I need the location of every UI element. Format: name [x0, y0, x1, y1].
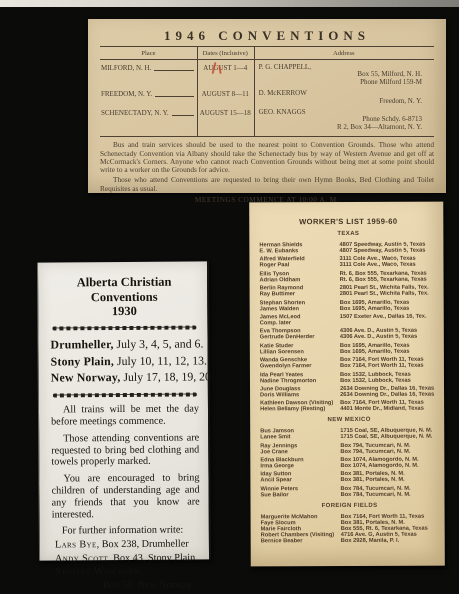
worker-address: Box 2928, Manila, P. I. [341, 537, 439, 543]
leader-line [155, 90, 194, 97]
worker-group: Stephan ShortenBox 1695, Amarillo, Texas… [260, 299, 438, 312]
worker-group: Ellis TysonRt. 6, Box 555, Texarkana, Te… [260, 270, 438, 283]
info-label: For further information write: [52, 525, 200, 537]
worker-section-heading: FOREIGN FIELDS [261, 502, 439, 509]
leader-line [154, 64, 193, 71]
address-cell: D. McKERROW Freedom, N. Y. [254, 90, 434, 105]
worker-row: Sue BailorBox 784, Tucumcari, N. M. [260, 491, 438, 498]
place-label: SCHENECTADY, N. Y. [101, 109, 169, 117]
dates-cell: AUGUST 8—11 [197, 90, 254, 105]
chain-divider [53, 392, 197, 398]
worker-address: Box 1695, Amarillo, Texas [340, 305, 438, 311]
clipping-paragraph: Those attending conventions are requeste… [51, 432, 199, 468]
worker-group: Wanda GenschkeBox 7164, Fort Worth 11, T… [260, 357, 438, 370]
worker-name: Bernice Beaber [261, 538, 341, 544]
worker-group: Alfred Waterfield3111 Cole Ave., Waco, T… [259, 256, 437, 269]
column-divider [197, 47, 198, 136]
contact-rest: , Box 238, Drumheller [97, 539, 189, 551]
worker-row: Ancil SpearBox 381, Portales, N. M. [260, 477, 438, 484]
worker-address: Box 381, Portales, N. M. [341, 477, 439, 483]
column-divider [254, 47, 255, 136]
contact-line: Andy Scott, Box 43, Stony Plain [52, 551, 200, 566]
worker-address: Box 794, Tucumcari, N. M. [340, 448, 438, 454]
chain-divider [52, 325, 196, 331]
worker-name: E. W. Eubanks [259, 248, 339, 254]
worker-address: 4807 Speedway, Austin 5, Texas [340, 248, 438, 254]
column-header: Place [100, 50, 197, 57]
clipping-paragraph: You are encouraged to bring children of … [51, 473, 199, 521]
event-place: Stony Plain, [51, 354, 114, 368]
contact-name: Andy Scott [55, 553, 108, 564]
clipping-paragraph: All trains will be met the day before me… [51, 404, 199, 429]
place-label: FREEDOM, N. Y. [101, 90, 152, 98]
worker-group: Eva Thompson4306 Ave. D., Austin 5, Texa… [260, 328, 438, 341]
worker-row: Comp. later [260, 320, 438, 327]
contact-rest: , [140, 566, 143, 577]
worker-address: 4401 Monte Dr., Midland, Texas [340, 406, 438, 412]
worker-row: Helen Bellamy (Resting)4401 Monte Dr., M… [260, 406, 438, 413]
worker-name: Helen Bellamy (Resting) [260, 406, 340, 412]
conventions-table: Place Dates (Inclusive) Address MILFORD,… [100, 47, 434, 137]
worker-group: Winnie PetersBox 784, Tucumcari, N. M.Su… [260, 485, 438, 498]
clipping-title: Alberta Christian Conventions 1930 [50, 274, 198, 319]
worker-address: Box 1695, Amarillo, Texas [340, 348, 438, 354]
worker-address: 2801 Pearl St., Wichita Falls, Tex. [340, 291, 438, 297]
worker-name: Lillian Sorensen [260, 349, 340, 355]
worker-group: Kathleen Dawson (Visiting)Box 7164, Fort… [260, 400, 438, 413]
worker-name: Ray Buttimer [260, 291, 340, 297]
contact-rest: , Box 43, Stony Plain [108, 552, 195, 564]
event-dates: July 3, 4, 5, and 6. [114, 337, 204, 352]
worker-row: Lanee Smit1715 Coal, SE, Albuquerque, N.… [260, 434, 438, 441]
place-cell: SCHENECTADY, N. Y. [100, 109, 197, 117]
worker-address: 2634 Downing Dr., Dallas 16, Texas [340, 392, 438, 398]
worker-row: Nadine ThrogmortonBox 1532, Lubbock, Tex… [260, 377, 438, 384]
worker-row: E. W. Eubanks4807 Speedway, Austin 5, Te… [259, 248, 437, 255]
card-title: 1946 CONVENTIONS [100, 19, 434, 44]
scan-edge-strip [0, 0, 459, 7]
worker-row: Irma GeorgeBox 1074, Alamogordo, N. M. [260, 463, 438, 470]
clipping-title-line2: 1930 [50, 303, 198, 319]
address-line: Phone Milford 159-M [259, 79, 434, 86]
event-list: Drumheller, July 3, 4, 5, and 6. Stony P… [50, 336, 198, 387]
worker-name: Gertrude DenHerder [260, 334, 340, 340]
worker-section-heading: TEXAS [259, 231, 437, 238]
address-line: Freedom, N. Y. [259, 98, 434, 105]
table-row: MILFORD, N. H. AUGUST 1—4 P. G. CHAPPELL… [100, 64, 434, 86]
column-header: Address [254, 50, 434, 57]
leader-line [172, 109, 194, 116]
worker-name: Gwendolyn Farmer [260, 363, 340, 369]
worker-group: James McLeod1507 Exeter Ave., Dallas 16,… [260, 314, 438, 327]
worker-group: Marguerite McMahonBox 7164, Fort Worth 1… [261, 513, 439, 544]
note-paragraph: Those who attend Conventions are request… [100, 176, 434, 193]
worker-row: Adrian OldhamRt. 6, Box 555, Texarkana, … [260, 276, 438, 283]
worker-address [340, 320, 438, 326]
table-body: MILFORD, N. H. AUGUST 1—4 P. G. CHAPPELL… [100, 60, 434, 136]
dates-cell: AUGUST 15—18 [197, 109, 254, 131]
worker-name: Nadine Throgmorton [260, 378, 340, 384]
worker-name: Roger Paal [259, 262, 339, 268]
worker-row: Joe CraneBox 794, Tucumcari, N. M. [260, 448, 438, 455]
worker-group: Berlin Raymond2801 Pearl St., Wichita Fa… [260, 285, 438, 298]
contact-line: Lars Bye, Box 238, Drumheller [52, 538, 200, 553]
table-row: SCHENECTADY, N. Y. AUGUST 15—18 GEO. KNA… [100, 109, 434, 131]
worker-row: James WaldenBox 1695, Amarillo, Texas [260, 305, 438, 312]
contact-name: Lars Bye [55, 540, 97, 551]
clipping-title-line1: Alberta Christian Conventions [50, 274, 198, 304]
contact-name: Stanley Watchorn [55, 566, 140, 578]
worker-address: 4306 Ave. D., Austin 5, Texas [340, 334, 438, 340]
worker-name: Comp. later [260, 320, 340, 326]
worker-group: June Douglass2634 Downing Dr., Dallas 16… [260, 386, 438, 399]
clipping-body: All trains will be met the day before me… [51, 404, 200, 521]
event-place: Drumheller, [50, 337, 113, 351]
worker-address: Box 784, Tucumcari, N. M. [341, 491, 439, 497]
event-dates: July 17, 18, 19, 20. [120, 369, 214, 384]
contact-line-continued: Box 59, New Norway [52, 578, 200, 593]
conventions-1946-card: 1946 CONVENTIONS Place Dates (Inclusive)… [88, 19, 446, 193]
address-cell: GEO. KNAGGS Phone Schdy. 6-8713 R 2, Box… [254, 109, 434, 131]
worker-name: James Walden [260, 306, 340, 312]
worker-group: Edna BlackburnBox 1074, Alamogordo, N. M… [260, 457, 438, 470]
worker-address: Box 1074, Alamogordo, N. M. [340, 463, 438, 469]
worker-address: Box 7164, Fort Worth 11, Texas [340, 363, 438, 369]
red-pencil-mark [210, 61, 224, 77]
worker-row: Gwendolyn FarmerBox 7164, Fort Worth 11,… [260, 363, 438, 370]
worker-name: Lanee Smit [260, 434, 340, 440]
worker-name: Doris Williams [260, 392, 340, 398]
alberta-conventions-clipping: Alberta Christian Conventions 1930 Drumh… [37, 261, 211, 560]
note-paragraph: Bus and train services should be used to… [100, 141, 434, 174]
worker-row: Ray Buttimer2801 Pearl St., Wichita Fall… [260, 291, 438, 298]
worker-address: 1715 Coal, SE, Albuquerque, N. M. [340, 434, 438, 440]
worker-name: Ancil Spear [260, 477, 340, 483]
place-cell: FREEDOM, N. Y. [100, 90, 197, 98]
worker-group: Katie StuderBox 1695, Amarillo, TexasLil… [260, 342, 438, 355]
event-line: New Norway, July 17, 18, 19, 20. [51, 369, 199, 387]
worker-address: Rt. 6, Box 555, Texarkana, Texas [340, 276, 438, 282]
notes: Bus and train services should be used to… [100, 141, 434, 193]
worker-name: Irma George [260, 463, 340, 469]
place-label: MILFORD, N. H. [101, 64, 151, 72]
workers-list-title: WORKER'S LIST 1959-60 [259, 217, 437, 227]
worker-name: Joe Crane [260, 449, 340, 455]
dates-cell: AUGUST 1—4 [197, 64, 254, 86]
worker-row: Bernice BeaberBox 2928, Manila, P. I. [261, 537, 439, 544]
worker-group: Ray JenningsBox 794, Tucumcari, N. M.Joe… [260, 442, 438, 455]
worker-group: Ida Pearl YeatesBox 1532, Lubbock, Texas… [260, 371, 438, 384]
worker-section-heading: NEW MEXICO [260, 417, 438, 424]
worker-row: Roger Paal3111 Cole Ave., Waco, Texas [259, 262, 437, 269]
table-header-row: Place Dates (Inclusive) Address [100, 47, 434, 60]
scanned-documents-page: 1946 CONVENTIONS Place Dates (Inclusive)… [0, 0, 459, 594]
column-header: Dates (Inclusive) [197, 50, 254, 57]
address-cell: P. G. CHAPPELL, Box 55, Milford, N. H. P… [254, 64, 434, 86]
worker-group: Bus Jamson1715 Coal, SE, Albuquerque, N.… [260, 428, 438, 441]
worker-address: Box 1532, Lubbock, Texas [340, 377, 438, 383]
event-line: Drumheller, July 3, 4, 5, and 6. [50, 336, 198, 354]
worker-row: Lillian SorensenBox 1695, Amarillo, Texa… [260, 348, 438, 355]
table-row: FREEDOM, N. Y. AUGUST 8—11 D. McKERROW F… [100, 90, 434, 105]
workers-list-card: WORKER'S LIST 1959-60 TEXASHerman Shield… [249, 202, 445, 567]
event-place: New Norway, [51, 370, 121, 384]
worker-group: Iday SuttonBox 381, Portales, N. M.Ancil… [260, 471, 438, 484]
worker-row: Gertrude DenHerder4306 Ave. D., Austin 5… [260, 334, 438, 341]
address-line: R 2, Box 34—Altamont, N. Y. [259, 124, 434, 131]
worker-name: Adrian Oldham [260, 277, 340, 283]
workers-sections: TEXASHerman Shields4807 Speedway, Austin… [259, 231, 438, 545]
worker-row: Doris Williams2634 Downing Dr., Dallas 1… [260, 392, 438, 399]
event-dates: July 10, 11, 12, 13. [114, 353, 207, 368]
place-cell: MILFORD, N. H. [100, 64, 197, 72]
contact-line: Stanley Watchorn, [52, 565, 200, 580]
worker-group: Herman Shields4807 Speedway, Austin 5, T… [259, 242, 437, 255]
worker-name: Sue Bailor [260, 492, 340, 498]
event-line: Stony Plain, July 10, 11, 12, 13. [51, 352, 199, 370]
worker-address: 3111 Cole Ave., Waco, Texas [340, 262, 438, 268]
